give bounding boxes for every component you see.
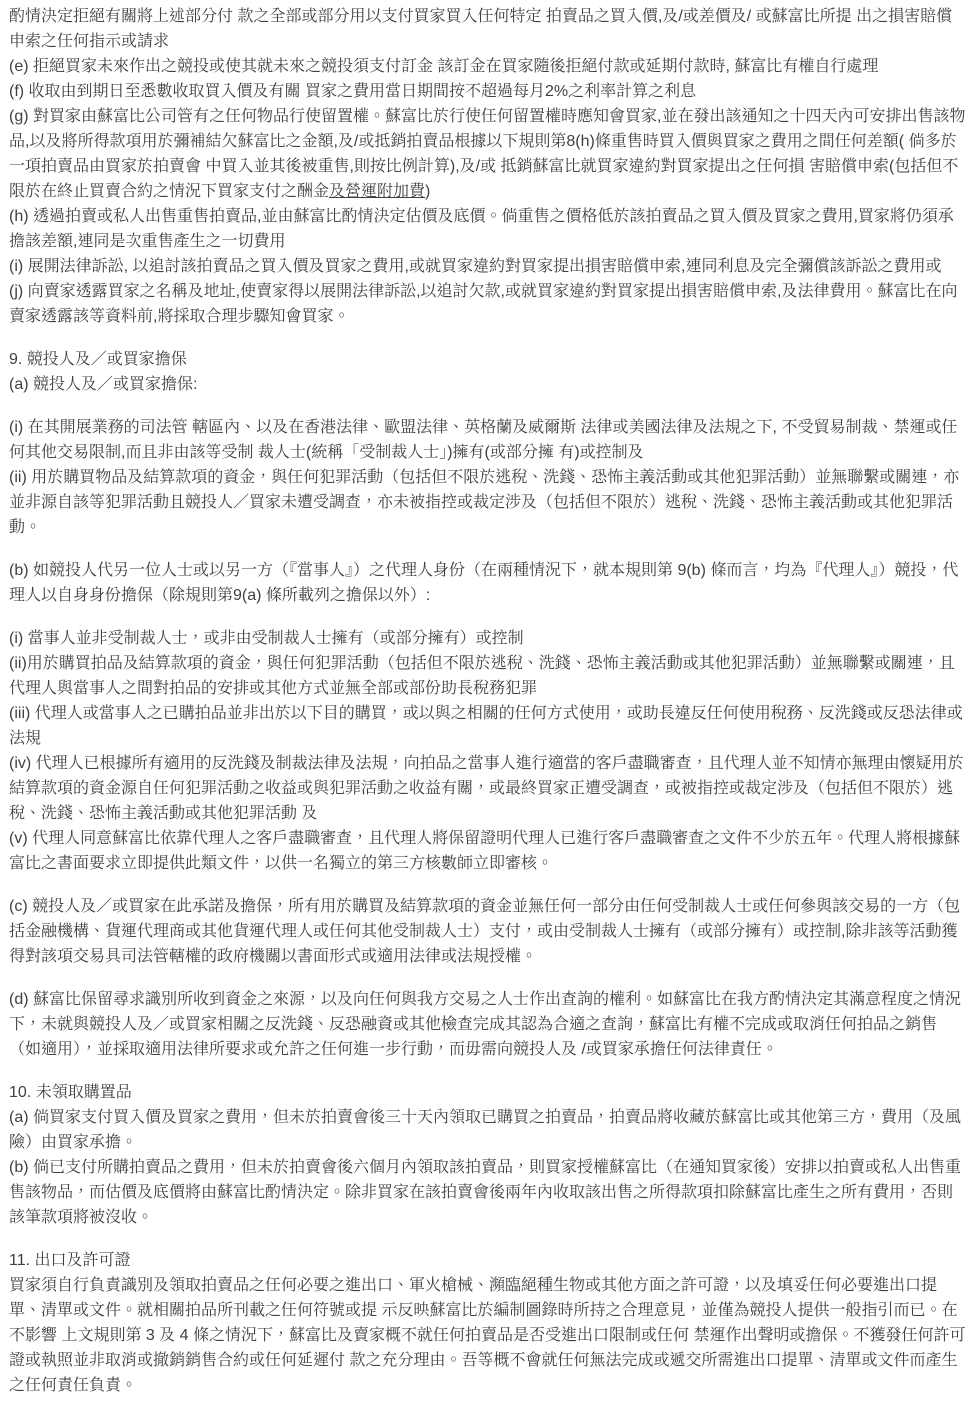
paragraph-9b-iii: (iii) 代理人或當事人之已購拍品並非出於以下目的購買，或以與之相關的任何方式… (9, 701, 966, 751)
terms-document: 酌情決定拒絕有關將上述部分付 款之全部或部分用以支付買家買入任何特定 拍賣品之買… (9, 4, 966, 1398)
paragraph-8i: (i) 展開法律訴訟, 以追討該拍賣品之買入價及買家之費用,或就買家違約對買家提… (9, 254, 966, 279)
paragraph-8j: (j) 向賣家透露買家之名稱及地址,使賣家得以展開法律訴訟,以追討欠款,或就買家… (9, 279, 966, 329)
paragraph-9b-iv: (iv) 代理人已根據所有適用的反洗錢及制裁法律及法規，向拍品之當事人進行適當的… (9, 751, 966, 826)
paragraph-9c: (c) 競投人及／或買家在此承諾及擔保，所有用於購買及結算款項的資金並無任何一部… (9, 894, 966, 969)
paragraph-8g-text-after: ) (425, 183, 430, 200)
paragraph-9a-intro: (a) 競投人及／或買家擔保: (9, 372, 966, 397)
paragraph-8-continuation: 酌情決定拒絕有關將上述部分付 款之全部或部分用以支付買家買入任何特定 拍賣品之買… (9, 4, 966, 54)
section-11-heading: 11. 出口及許可證 (9, 1248, 966, 1273)
paragraph-9a-i: (i) 在其開展業務的司法管 轄區內、以及在香港法律、歐盟法律、英格蘭及威爾斯 … (9, 415, 966, 465)
paragraph-8f: (f) 收取由到期日至悉數收取買入價及有關 買家之費用當日期間按不超過每月2%之… (9, 79, 966, 104)
paragraph-8h: (h) 透過拍賣或私人出售重售拍賣品,並由蘇富比酌情決定估價及底價。倘重售之價格… (9, 204, 966, 254)
section-8-remedies: 酌情決定拒絕有關將上述部分付 款之全部或部分用以支付買家買入任何特定 拍賣品之買… (9, 4, 966, 329)
section-9-bidder-buyer-warranties: 9. 競投人及／或買家擔保 (a) 競投人及／或買家擔保: (i) 在其開展業務… (9, 347, 966, 1062)
paragraph-9b-ii: (ii)用於購買拍品及結算款項的資金，與任何犯罪活動（包括但不限於逃稅、洗錢、恐… (9, 651, 966, 701)
paragraph-8g: (g) 對買家由蘇富比公司管有之任何物品行使留置權。蘇富比於行使任何留置權時應知… (9, 104, 966, 204)
paragraph-9b-v: (v) 代理人同意蘇富比依靠代理人之客戶盡職審查，且代理人將保留證明代理人已進行… (9, 826, 966, 876)
section-9-heading: 9. 競投人及／或買家擔保 (9, 347, 966, 372)
paragraph-9b-intro: (b) 如競投人代另一位人士或以另一方（『當事人』）之代理人身份（在兩種情況下，… (9, 558, 966, 608)
paragraph-9b-i: (i) 當事人並非受制裁人士，或非由受制裁人士擁有（或部分擁有）或控制 (9, 626, 966, 651)
paragraph-10b: (b) 倘已支付所購拍賣品之費用，但未於拍賣會後六個月內領取該拍賣品，則買家授權… (9, 1155, 966, 1230)
section-10-heading: 10. 未領取購置品 (9, 1080, 966, 1105)
paragraph-9a-ii: (ii) 用於購買物品及結算款項的資金，與任何犯罪活動（包括但不限於逃稅、洗錢、… (9, 465, 966, 540)
paragraph-10a: (a) 倘買家支付買入價及買家之費用，但未於拍賣會後三十天內領取已購買之拍賣品，… (9, 1105, 966, 1155)
paragraph-8e: (e) 拒絕買家未來作出之競投或使其就未來之競投須支付訂金 該訂金在買家隨後拒絕… (9, 54, 966, 79)
paragraph-9d: (d) 蘇富比保留尋求識別所收到資金之來源，以及向任何與我方交易之人士作出查詢的… (9, 987, 966, 1062)
section-11-export-licences: 11. 出口及許可證 買家須自行負責識別及領取拍賣品之任何必要之進出口、軍火槍械… (9, 1248, 966, 1398)
paragraph-8g-underlined-text: 及營運附加費 (329, 183, 425, 200)
section-10-uncollected-purchases: 10. 未領取購置品 (a) 倘買家支付買入價及買家之費用，但未於拍賣會後三十天… (9, 1080, 966, 1230)
paragraph-8g-text: (g) 對買家由蘇富比公司管有之任何物品行使留置權。蘇富比於行使任何留置權時應知… (9, 108, 965, 200)
paragraph-11-body: 買家須自行負責識別及領取拍賣品之任何必要之進出口、軍火槍械、瀕臨絕種生物或其他方… (9, 1273, 966, 1398)
